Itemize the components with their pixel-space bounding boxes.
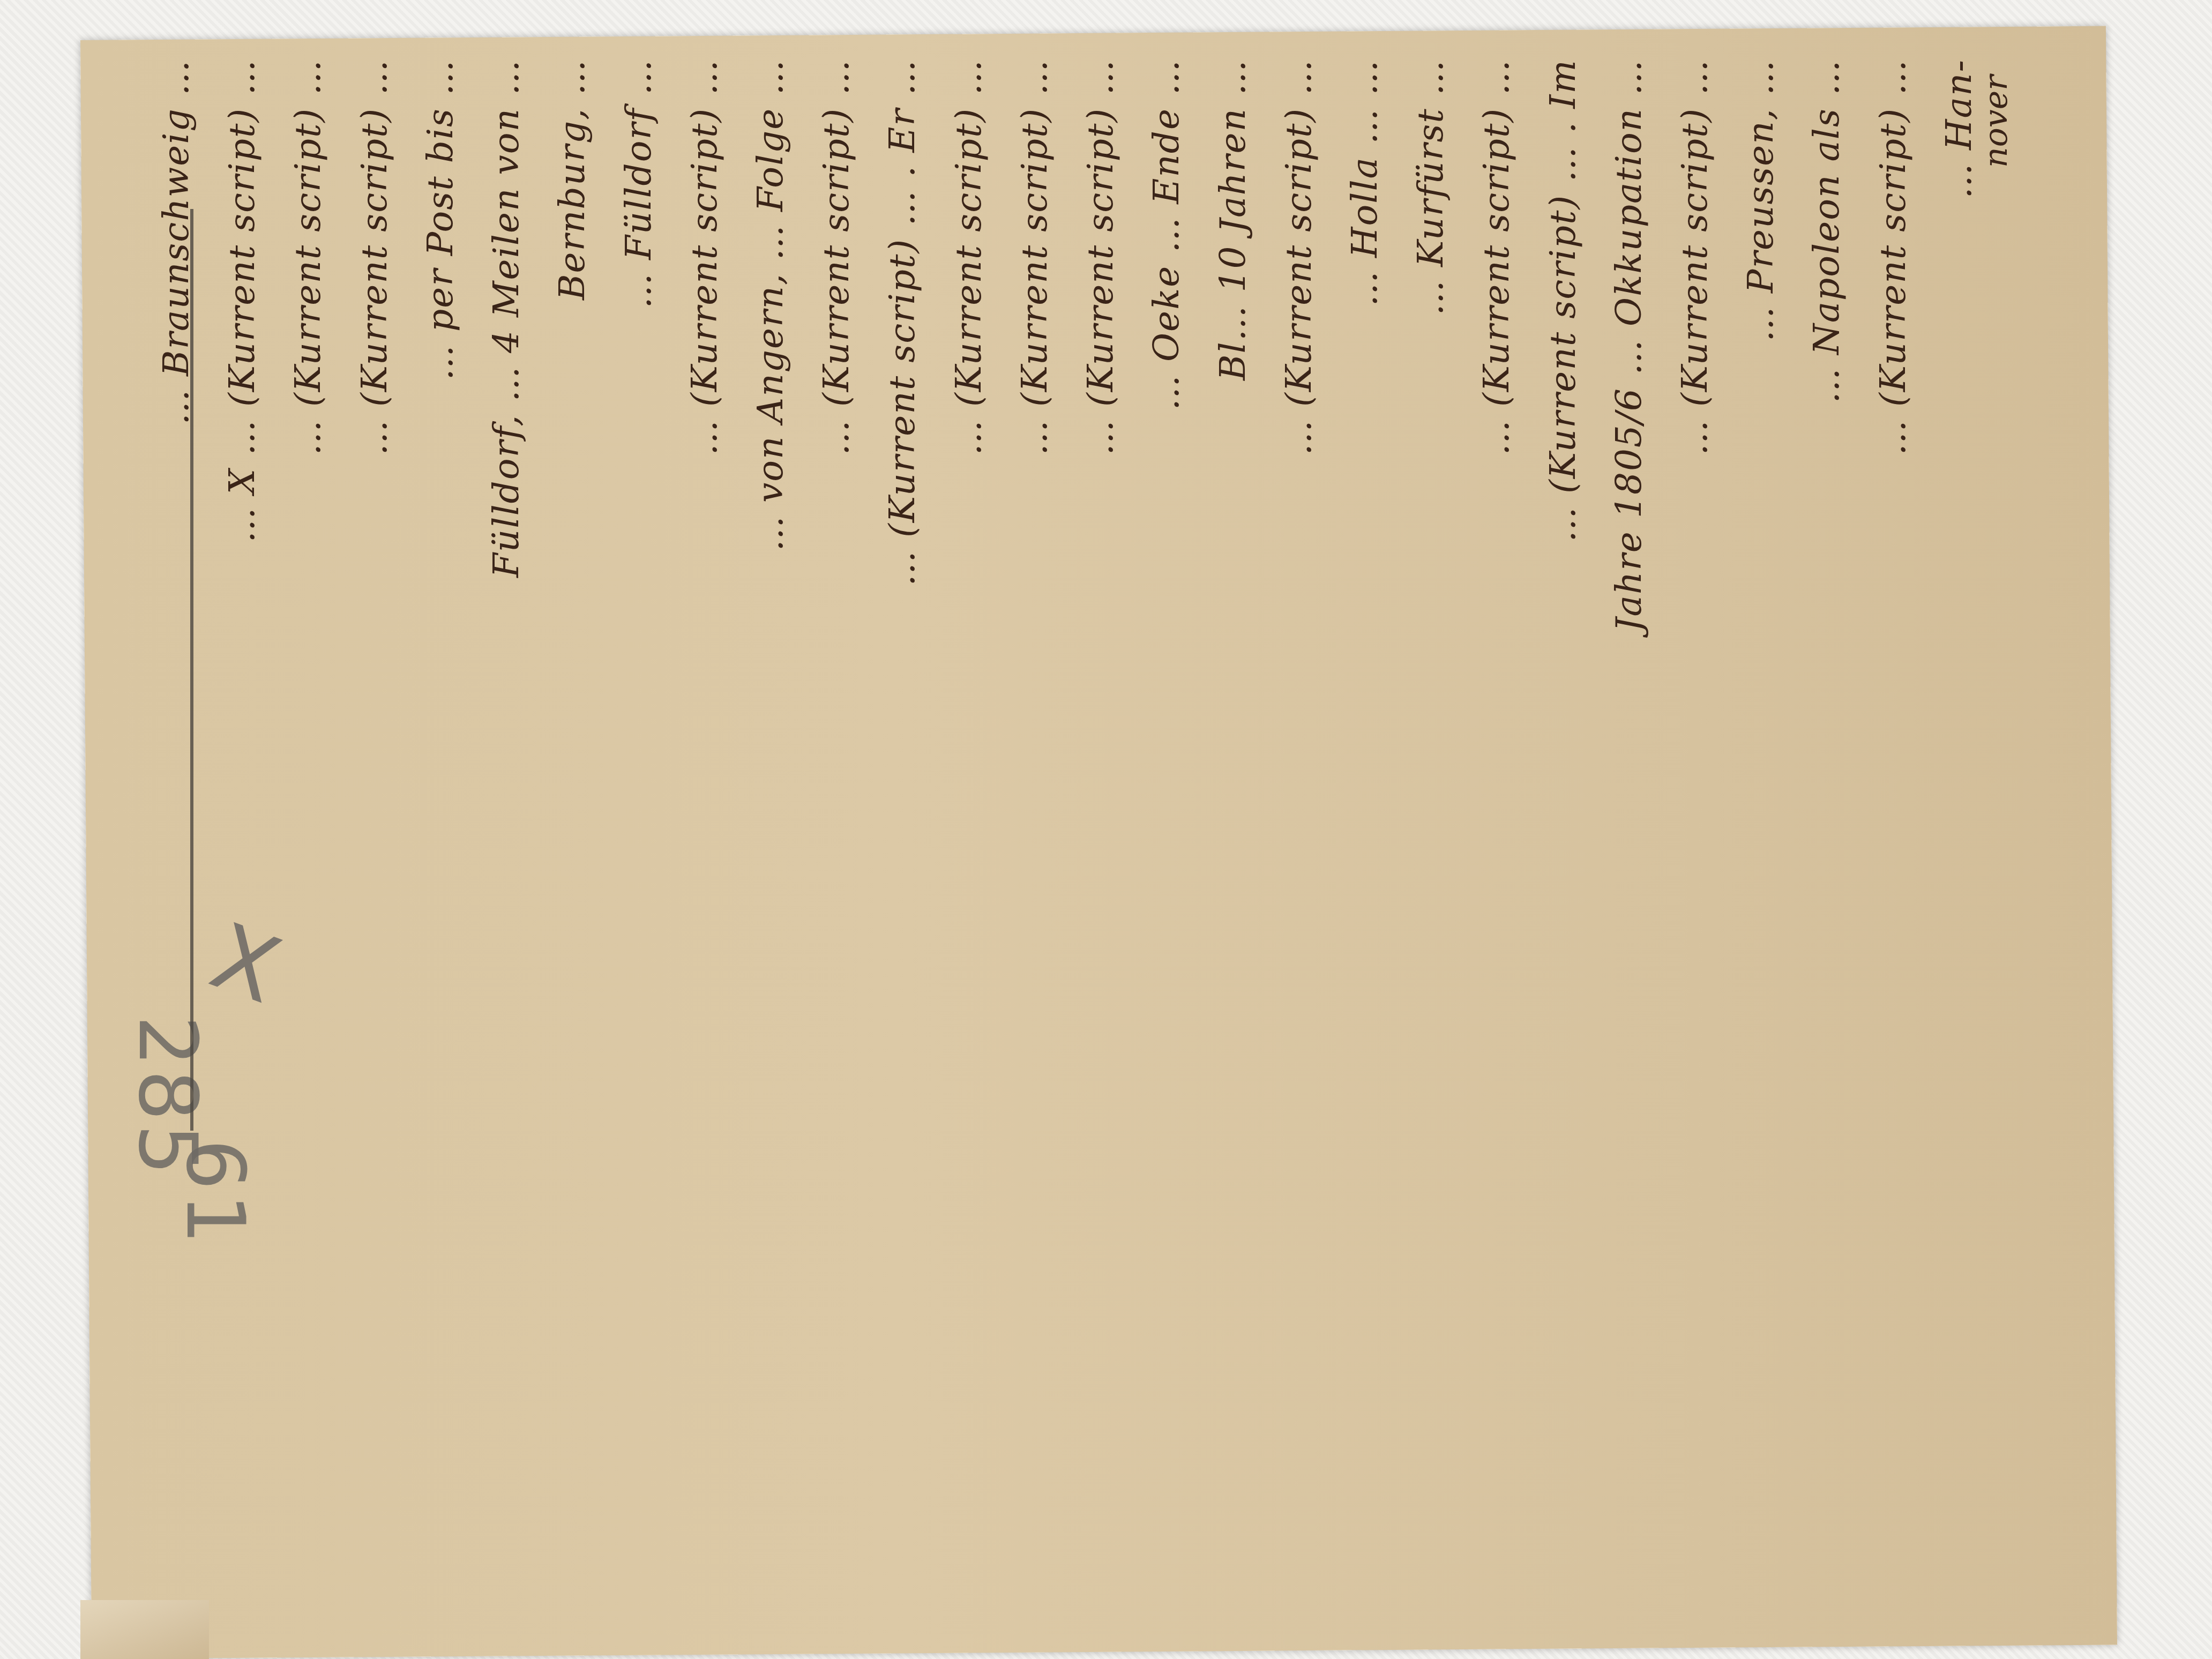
text-line: … (Kurrent script) … [1014,59,1080,863]
text-line: Bl… 10 Jahren … [1212,59,1278,863]
text-line: … X … (Kurrent script) … [221,59,287,863]
text-line: … (Kurrent script) … [948,59,1014,863]
text-line: … Napoleon als … [1806,59,1872,863]
text-line: … (Kurrent script) … [1476,59,1542,863]
text-line: … (Kurrent script) … [1872,59,1938,863]
text-line: … (Kurrent script) … . Er … [881,59,947,863]
text-line: … (Kurrent script) … [1674,59,1740,863]
text-line: … Oeke … Ende … [1146,59,1212,863]
pencil-page-number: 61 [168,1139,261,1248]
text-line: … (Kurrent script) … [1278,59,1344,863]
text-line: … (Kurrent script) … [354,59,420,863]
text-line: Bernburg, … [551,59,617,863]
manuscript-text-block: … Braunschweig … … X … (Kurrent script) … [155,59,2004,863]
page-fold-corner [80,1600,209,1659]
text-line: Fülldorf, … 4 Meilen von … [485,59,551,863]
text-line: … Preussen, … [1740,59,1806,863]
text-line: … Braunschweig … [155,59,221,863]
catchword: nover [1977,75,2015,214]
text-line: Jahre 1805/6 … Okkupation … [1608,59,1674,863]
text-line: … (Kurrent script) … . Im [1542,59,1608,863]
text-line: … Holla … … [1344,59,1410,863]
text-line: … (Kurrent script) … [816,59,881,863]
text-line: … (Kurrent script) … [684,59,750,863]
text-line: … Fülldorf … [618,59,684,863]
text-line: … Kurfürst … [1410,59,1476,863]
text-line: … per Post bis … [420,59,485,863]
text-line: … (Kurrent script) … [287,59,353,863]
text-line: … von Angern, … Folge … [750,59,816,863]
text-line: … (Kurrent script) … [1080,59,1146,863]
